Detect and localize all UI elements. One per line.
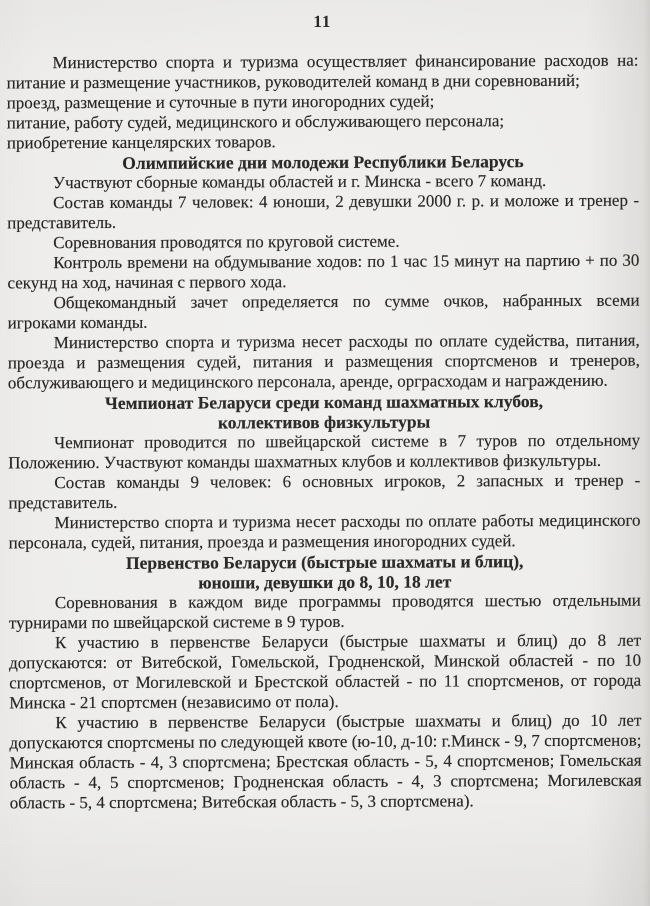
section-heading: Чемпионат Беларуси среди команд шахматны… (8, 391, 640, 434)
section-olympic-days: Олимпийские дни молодежи Республики Бела… (7, 151, 640, 394)
paragraph: Чемпионат проводится по швейцарской сист… (8, 431, 640, 474)
list-line: питание и размещение участников, руковод… (7, 71, 639, 94)
list-line: проезд, размещение и суточные в пути ино… (7, 91, 639, 114)
section-club-championship: Чемпионат Беларуси среди команд шахматны… (8, 391, 641, 554)
paragraph: Министерство спорта и туризма осуществля… (6, 51, 638, 74)
paragraph: К участию в первенстве Беларуси (быстрые… (9, 631, 641, 714)
heading-line: Олимпийские дни молодежи Республики Бела… (7, 151, 639, 174)
paragraph: Состав команды 9 человек: 6 основных игр… (8, 471, 640, 514)
paragraph: К участию в первенстве Беларуси (быстрые… (9, 711, 641, 814)
page-content: 11 Министерство спорта и туризма осущест… (0, 0, 650, 813)
list-line: приобретение канцелярских товаров. (7, 131, 639, 154)
page-number: 11 (6, 11, 638, 34)
heading-line: Чемпионат Беларуси среди команд шахматны… (8, 391, 640, 414)
section-financing: Министерство спорта и туризма осуществля… (6, 51, 638, 154)
heading-line: юноши, девушки до 8, 10, 18 лет (9, 571, 641, 594)
paragraph: Министерство спорта и туризма несет расх… (8, 331, 640, 394)
heading-line: коллективов физкультуры (8, 411, 640, 434)
paragraph: Министерство спорта и туризма несет расх… (8, 511, 640, 554)
paragraph: Соревнования в каждом виде программы про… (9, 591, 641, 634)
section-youth-rapid-blitz: Первенство Беларуси (быстрые шахматы и б… (9, 551, 642, 814)
paragraph: Соревнования проводятся по круговой сист… (7, 231, 639, 254)
paragraph: Контроль времени на обдумывание ходов: п… (7, 251, 639, 294)
document-page: 11 Министерство спорта и туризма осущест… (0, 0, 650, 906)
heading-line: Первенство Беларуси (быстрые шахматы и б… (9, 551, 641, 574)
section-heading: Первенство Беларуси (быстрые шахматы и б… (9, 551, 641, 594)
paragraph: Участвуют сборные команды областей и г. … (7, 171, 639, 194)
paragraph: Общекомандный зачет определяется по сумм… (8, 291, 640, 334)
list-line: питание, работу судей, медицинского и об… (7, 111, 639, 134)
paragraph: Состав команды 7 человек: 4 юноши, 2 дев… (7, 191, 639, 234)
section-heading: Олимпийские дни молодежи Республики Бела… (7, 151, 639, 174)
